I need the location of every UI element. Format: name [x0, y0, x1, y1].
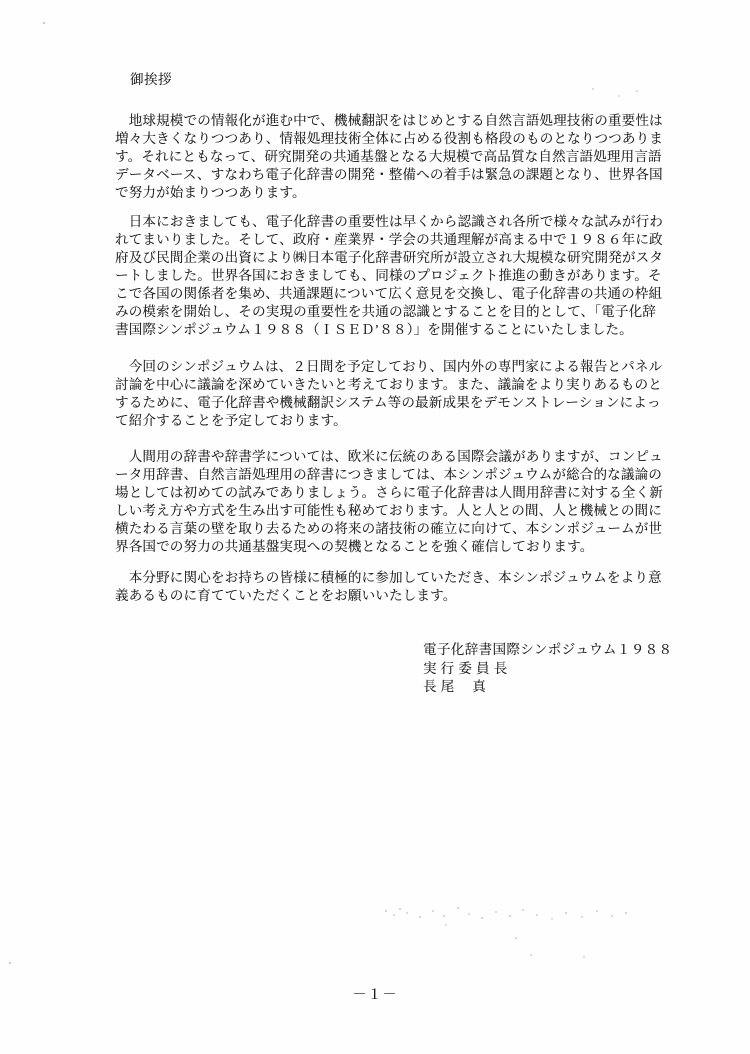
scan-noise-speckles [385, 910, 387, 912]
paragraph-symposium-program: 今回のシンポジュウムは、２日間を予定しており、国内外の専門家による報告とパネル … [115, 358, 663, 430]
paragraph-first-attempt: 人間用の辞書や辞書学については、欧米に伝統のある国際会議がありますが、コンピュ … [115, 448, 663, 556]
greeting-heading: 御挨拶 [130, 71, 172, 89]
signature-block: 電子化辞書国際シンポジュウム１９８８ 実 行 委 員 長 長 尾 真 [423, 641, 672, 697]
page-number: －１－ [0, 984, 750, 1004]
paragraph-japan-edr-symposium: 日本におきましても、電子化辞書の重要性は早くから認識され各所で様々な試みが行わ … [115, 213, 663, 339]
signature-name: 長 尾 真 [423, 678, 672, 697]
scan-speck [43, 22, 45, 24]
scan-speck [592, 88, 594, 90]
signature-role: 実 行 委 員 長 [423, 660, 672, 679]
paragraph-closing-request: 本分野に関心をお持ちの皆様に積極的に参加していただき、本シンポジュウムをより意 … [115, 569, 663, 605]
document-page: 御挨拶 地球規模での情報化が進む中で、機械翻訳をはじめとする自然言語処理技術の重… [0, 0, 750, 1054]
scan-speck [9, 962, 11, 964]
paragraph-global-importance: 地球規模での情報化が進む中で、機械翻訳をはじめとする自然言語処理技術の重要性は … [115, 112, 663, 202]
signature-organization: 電子化辞書国際シンポジュウム１９８８ [423, 641, 672, 660]
